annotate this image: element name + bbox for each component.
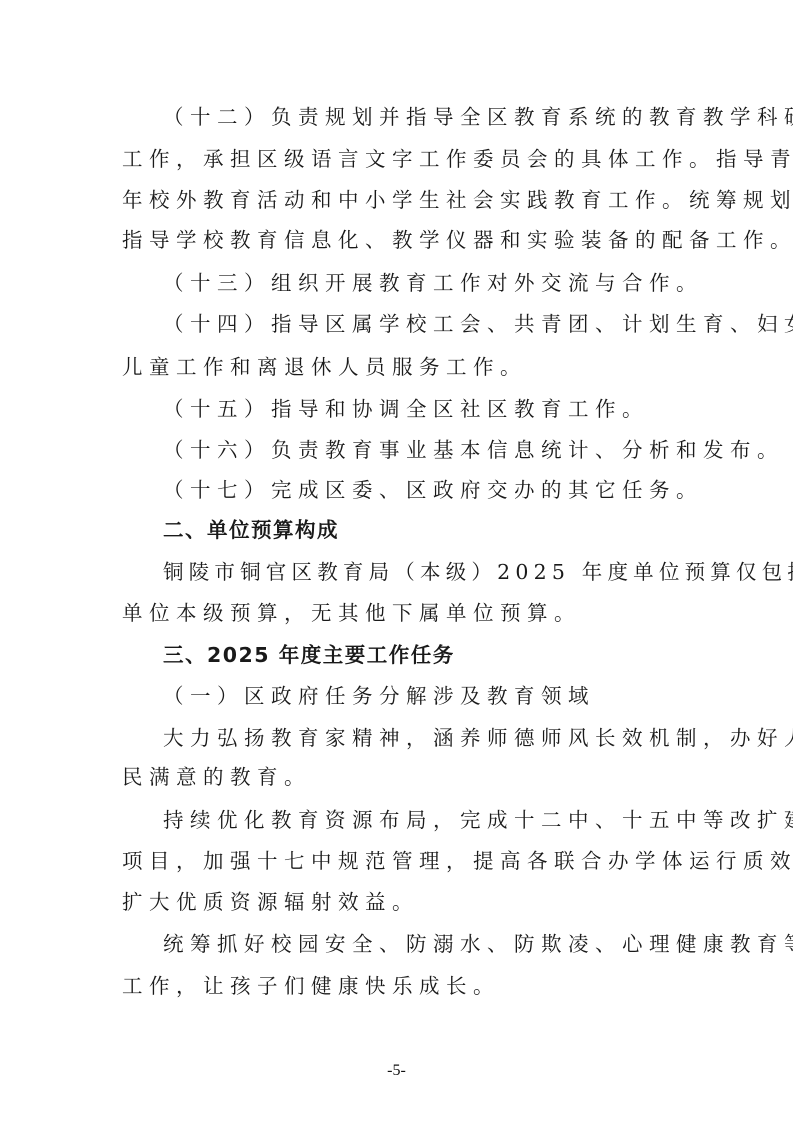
- paragraph-line: 项目，加强十七中规范管理，提高各联合办学体运行质效，: [122, 841, 793, 881]
- paragraph-line: （十二）负责规划并指导全区教育系统的教育教学科研: [163, 97, 793, 137]
- section-heading-budget-composition: 二、单位预算构成: [163, 510, 339, 550]
- page-number: -5-: [0, 1062, 793, 1080]
- paragraph-line: （十五）指导和协调全区社区教育工作。: [163, 389, 649, 429]
- paragraph-line: 民满意的教育。: [122, 757, 311, 797]
- paragraph-line: 工作，承担区级语言文字工作委员会的具体工作。指导青少: [122, 139, 793, 179]
- subsection-heading: （一）区政府任务分解涉及教育领域: [163, 676, 595, 716]
- paragraph-line: 年校外教育活动和中小学生社会实践教育工作。统筹规划并: [122, 180, 793, 220]
- paragraph-line: 统筹抓好校园安全、防溺水、防欺凌、心理健康教育等: [163, 924, 793, 964]
- paragraph-line: 儿童工作和离退休人员服务工作。: [122, 347, 527, 387]
- paragraph-line: 指导学校教育信息化、教学仪器和实验装备的配备工作。: [122, 220, 793, 260]
- paragraph-line: 单位本级预算，无其他下属单位预算。: [122, 593, 581, 633]
- section-heading-main-tasks: 三、2025 年度主要工作任务: [163, 635, 455, 675]
- paragraph-line: （十七）完成区委、区政府交办的其它任务。: [163, 470, 703, 510]
- paragraph-line: （十三）组织开展教育工作对外交流与合作。: [163, 263, 703, 303]
- paragraph-line: 扩大优质资源辐射效益。: [122, 882, 419, 922]
- paragraph-line: 大力弘扬教育家精神，涵养师德师风长效机制，办好人: [163, 718, 793, 758]
- paragraph-line: 工作，让孩子们健康快乐成长。: [122, 966, 500, 1006]
- paragraph-line: （十四）指导区属学校工会、共青团、计划生育、妇女: [163, 304, 793, 344]
- paragraph-line: （十六）负责教育事业基本信息统计、分析和发布。: [163, 430, 784, 470]
- document-page: （十二）负责规划并指导全区教育系统的教育教学科研 工作，承担区级语言文字工作委员…: [0, 0, 793, 1122]
- paragraph-line: 铜陵市铜官区教育局（本级）2025 年度单位预算仅包括: [163, 552, 793, 592]
- paragraph-line: 持续优化教育资源布局，完成十二中、十五中等改扩建: [163, 800, 793, 840]
